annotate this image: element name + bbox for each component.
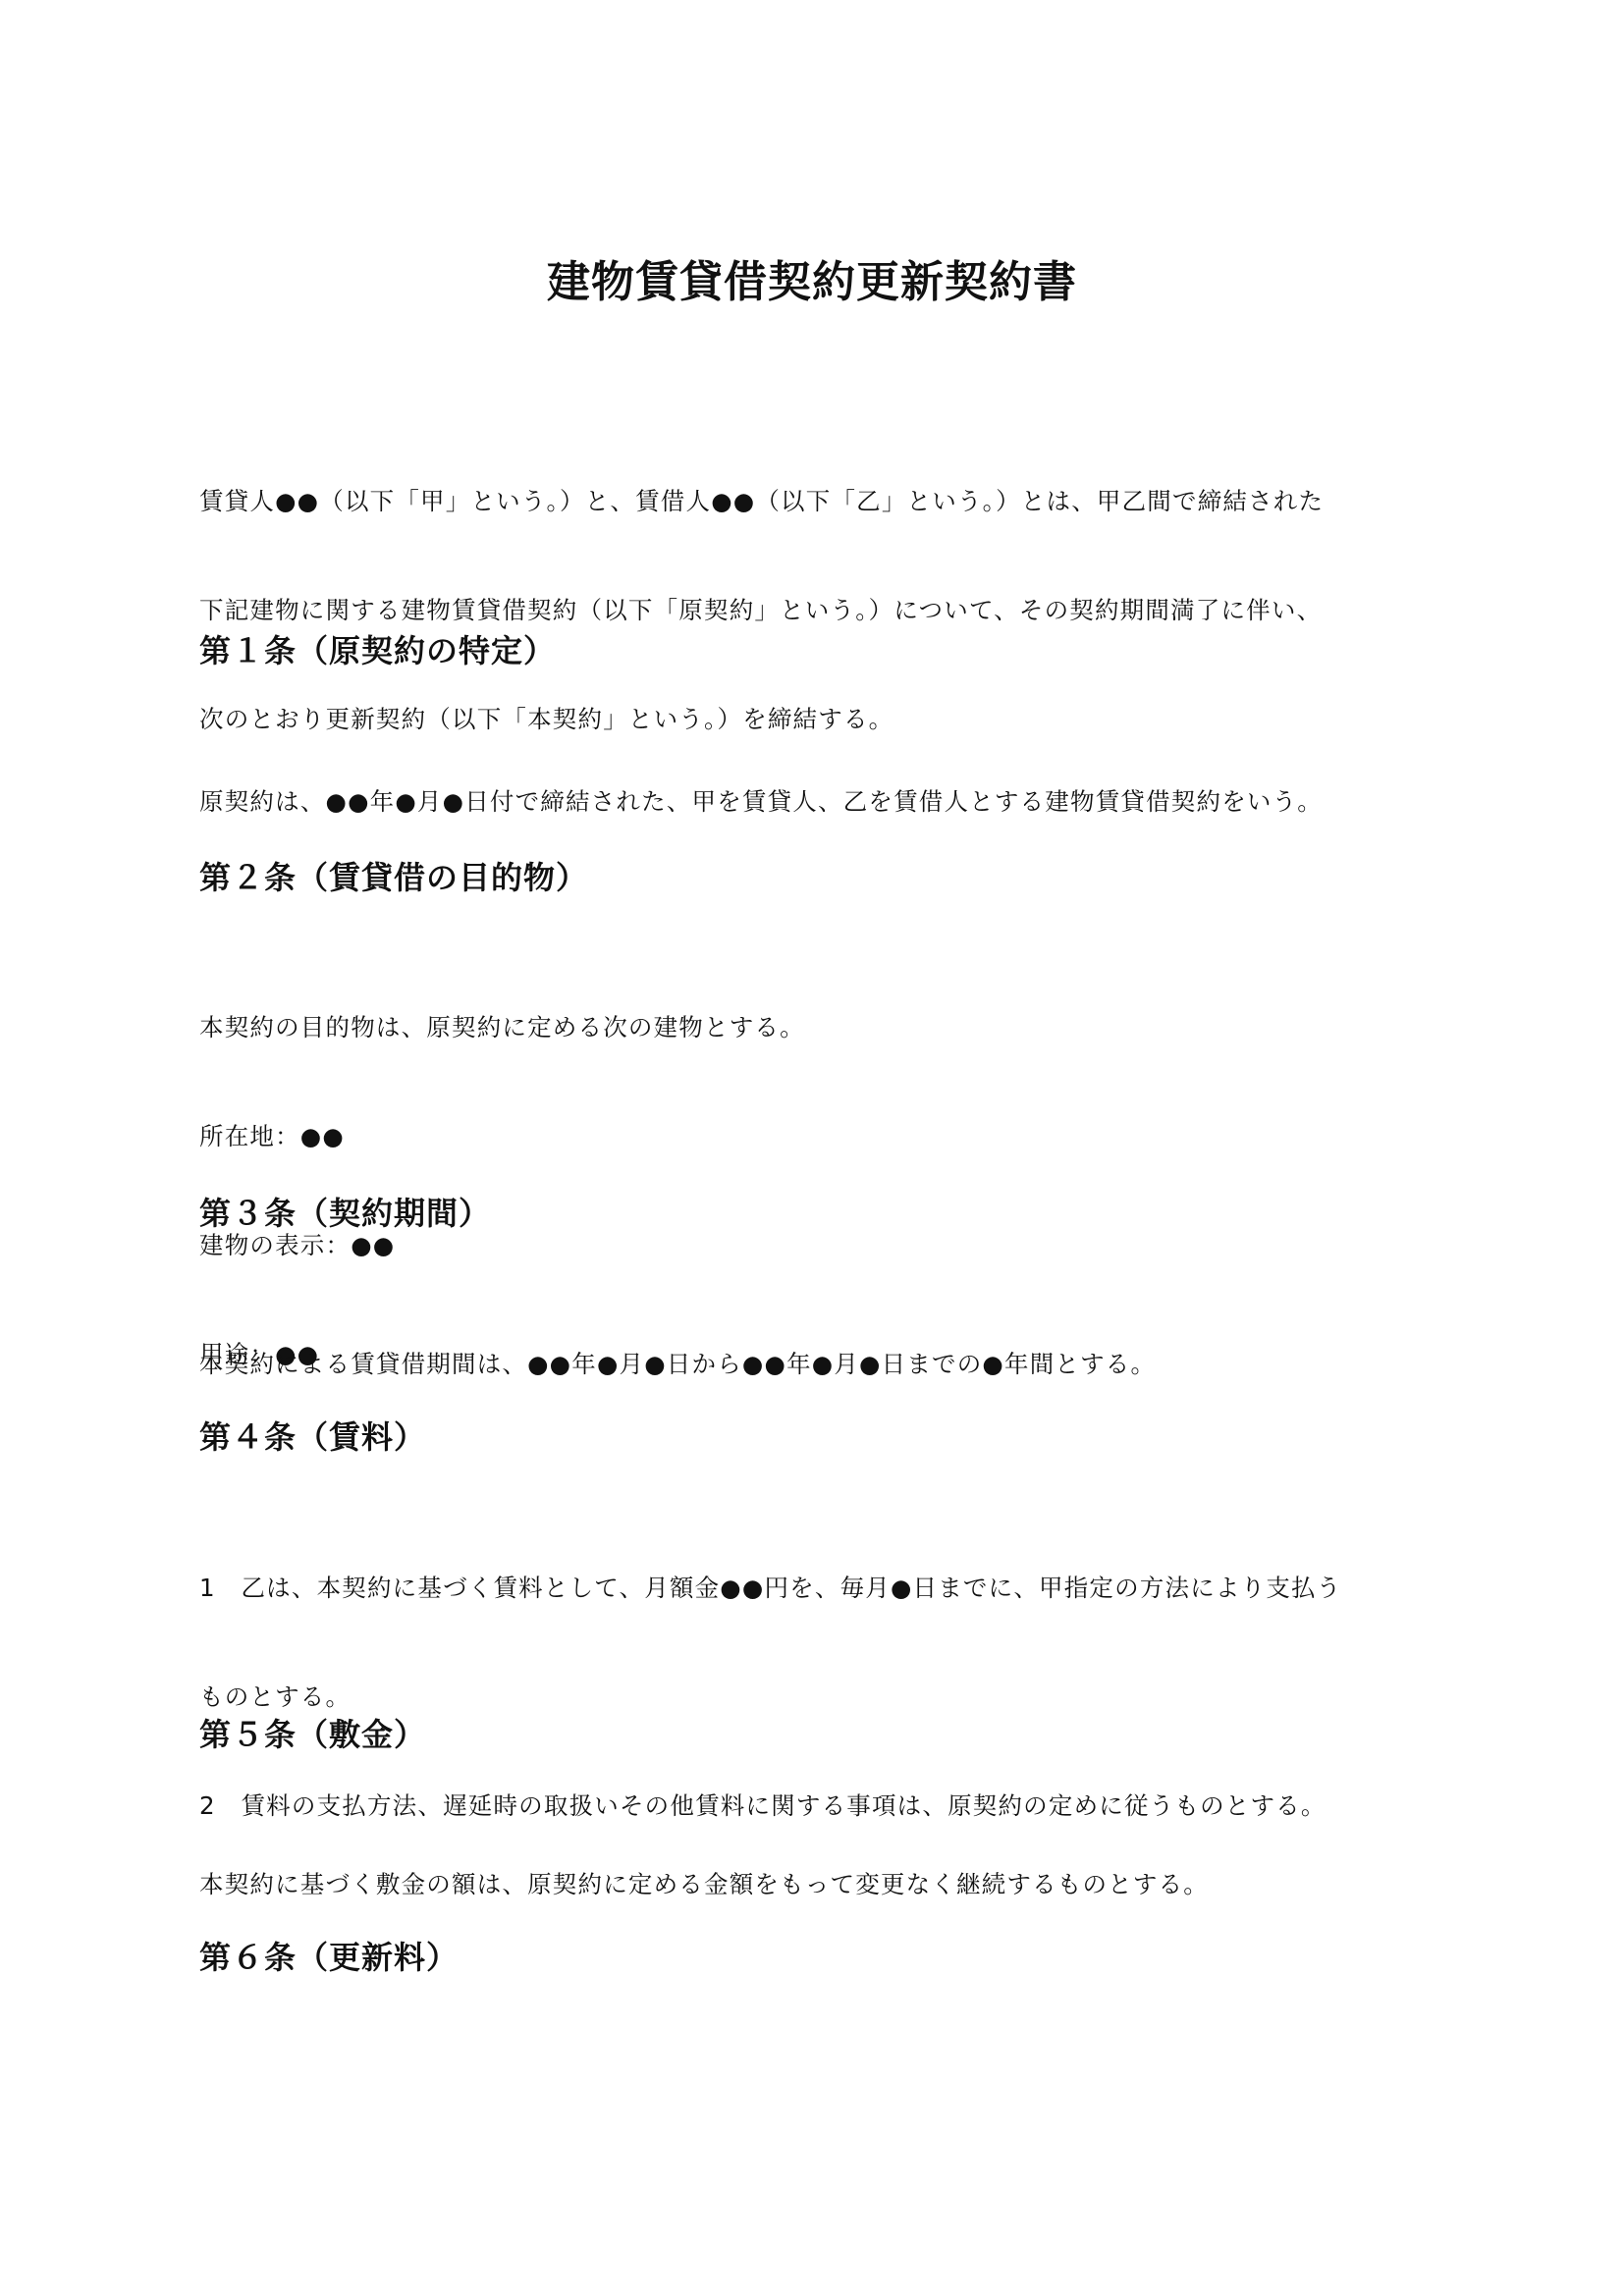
article-heading: 第３条（契約期間） [199, 1192, 1436, 1235]
article-heading: 第１条（原契約の特定） [199, 629, 1436, 672]
article-heading: 第５条（敷金） [199, 1713, 1436, 1756]
article-heading: 第２条（賃貸借の目的物） [199, 856, 1436, 899]
article-line: 原契約は、●●年●月●日付で締結された、甲を賃貸人、乙を賃借人とする建物賃貸借契… [199, 783, 1436, 820]
article-line: 本契約に基づく敷金の額は、原契約に定める金額をもって変更なく継続するものとする。 [199, 1866, 1436, 1902]
document-page: 建物賃貸借契約更新契約書 賃貸人●●（以下「甲」という。）と、賃借人●●（以下「… [0, 0, 1624, 2296]
clause-1-line: ものとする。 [199, 1679, 1436, 1715]
clause-1-line: 1 乙は、本契約に基づく賃料として、月額金●●円を、毎月●日までに、甲指定の方法… [199, 1570, 1436, 1606]
article-line: 本契約による賃貸借期間は、●●年●月●日から●●年●月●日までの●年間とする。 [199, 1346, 1436, 1382]
article-line: 本契約の目的物は、原契約に定める次の建物とする。 [199, 1009, 1436, 1045]
preamble-line: 下記建物に関する建物賃貸借契約（以下「原契約」という。）について、その契約期間満… [199, 592, 1436, 628]
document-title: 建物賃貸借契約更新契約書 [0, 253, 1624, 312]
location-field: 所在地：●● [199, 1118, 1436, 1154]
article-heading: 第４条（賃料） [199, 1415, 1436, 1459]
preamble-line: 賃貸人●●（以下「甲」という。）と、賃借人●●（以下「乙」という。）とは、甲乙間… [199, 483, 1436, 519]
article-heading: 第６条（更新料） [199, 1936, 1436, 1979]
